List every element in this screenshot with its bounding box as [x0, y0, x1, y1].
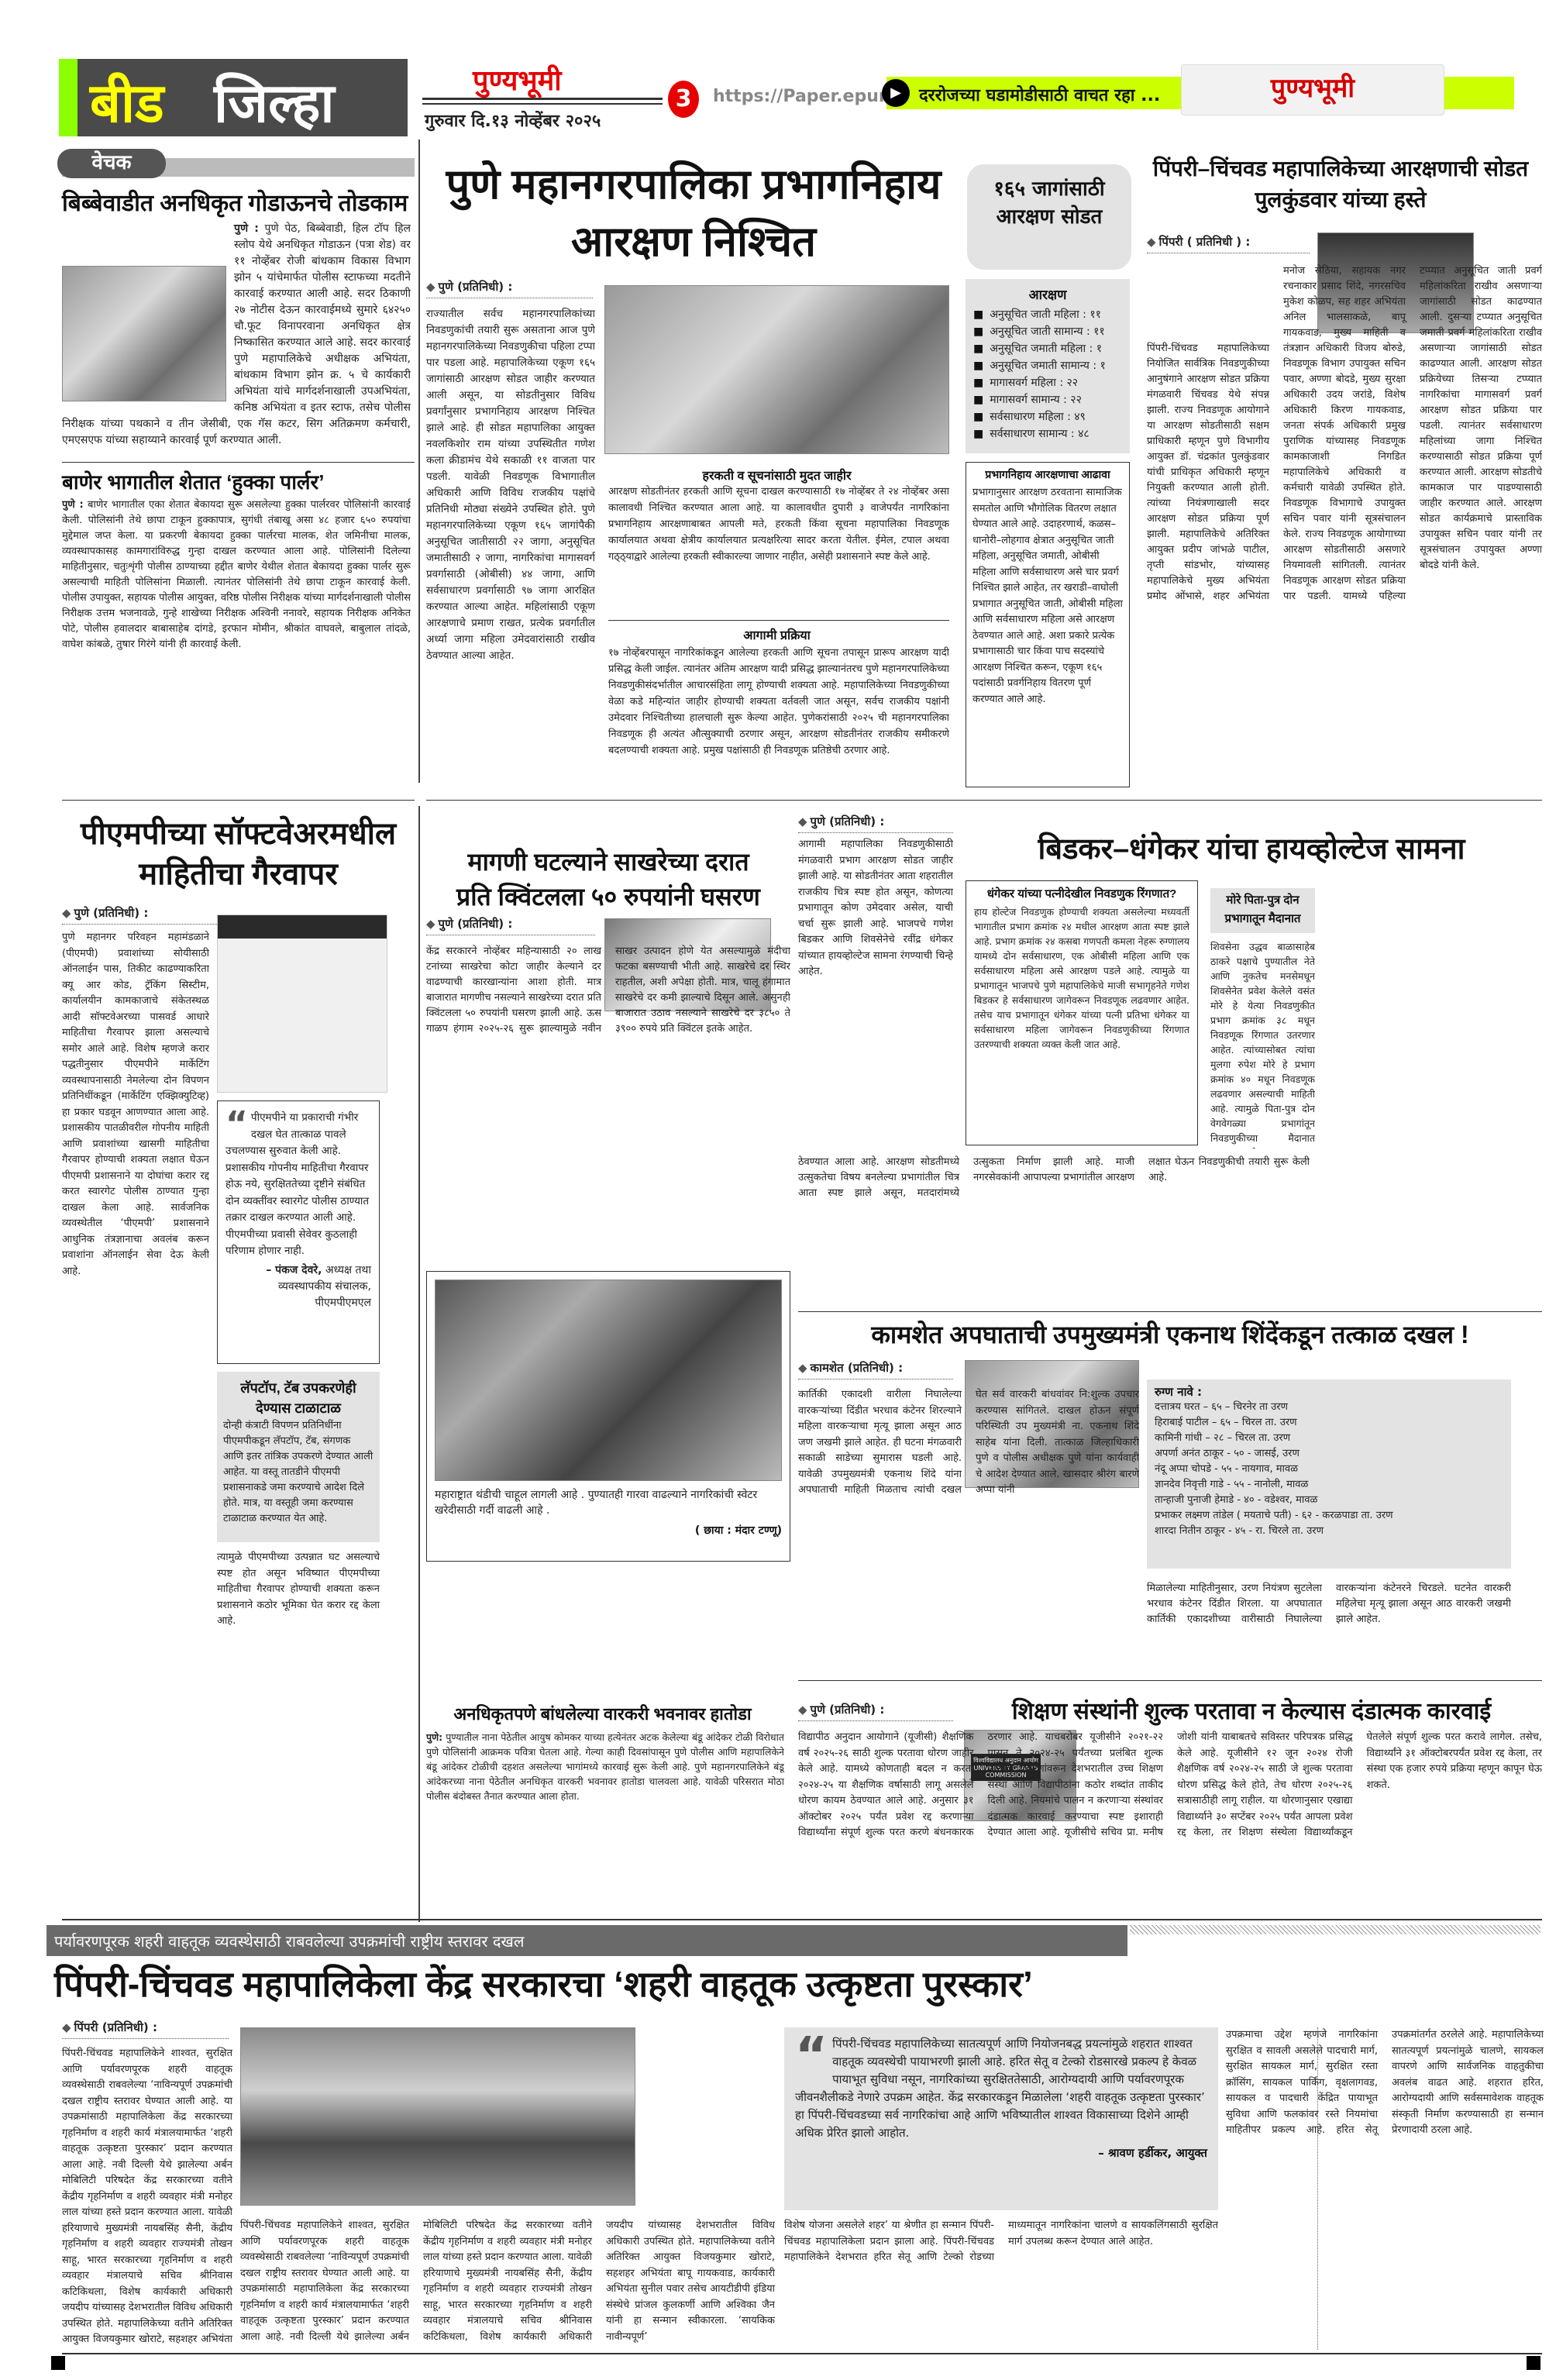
reservation-item: मागासवर्ग सामान्य : २२ [973, 391, 1122, 408]
diamond-icon: ◆ [62, 2020, 71, 2034]
award-kicker-bar: पर्यावरणपूरक शहरी वाहतूक व्यवस्थेसाठी रा… [46, 1925, 1127, 1956]
story-divider [62, 462, 415, 463]
kamshet-headline: कामशेत अपघाताची उपमुख्यमंत्री एकनाथ शिंद… [798, 1317, 1542, 1351]
award-ceremony-photo [240, 2027, 635, 2206]
patient-item: हिराबाई पाटील – ६५ – चिरल ता. उरण [1155, 1415, 1503, 1431]
reservation-item: अनुसूचित जाती सामान्य : ११ [973, 323, 1122, 340]
newspaper-logo-image: पुण्यभूमी [1181, 64, 1444, 115]
patient-item: अपर्णा अनंत ठाकूर - ५० - जासई, उरण [1155, 1446, 1503, 1462]
patients-title: रुग्ण नावे : [1155, 1384, 1503, 1400]
award-body-mid: विशेष योजना असलेले शहर’ या श्रेणीत हा सन… [784, 2218, 1218, 2348]
ugc-body: विद्यापीठ अनुदान आयोगाने (यूजीसी) शैक्षण… [798, 1730, 1542, 1902]
column-divider [418, 139, 420, 783]
reservation-item: अनुसूचित जाती महिला : ११ [973, 306, 1122, 323]
patient-item: दत्तात्रय घरत – ६५ – चिरनेर ता उरण [1155, 1400, 1503, 1415]
reservation-item: अनुसूचित जमाती महिला : १ [973, 340, 1122, 357]
pmp-body-continued: त्यामुळे पीएमपीच्या उत्पन्नात घट असल्याच… [217, 1550, 380, 1891]
reservation-item: सर्वसाधारण सामान्य : ४८ [973, 425, 1122, 443]
page-number: 3 [676, 85, 692, 112]
warkari-body: पुणे: पुण्यातील नाना पेठेतील आयुष कोमकर … [426, 1730, 784, 1904]
lead-sub2-body: १७ नोव्हेंबरपासून नागरिकांकडून आलेल्या ह… [608, 645, 949, 780]
section-title-beed: बीड [90, 64, 164, 138]
lead-sub1-title: हरकती व सूचनांसाठी मुदत जाहीर [604, 467, 949, 484]
diamond-icon: ◆ [426, 280, 435, 294]
demolition-photo [62, 266, 226, 401]
ward-review-body: प्रभागानुसार आरक्षण ठरवताना सामाजिक समतो… [972, 485, 1123, 708]
reservation-list: अनुसूचित जाती महिला : ११ अनुसूचित जाती स… [973, 306, 1122, 443]
more-side-title: मोरे पिता-पुत्र दोन प्रभागातून मैदानात [1210, 891, 1315, 928]
vechak-label-bar: वेचक [62, 158, 415, 177]
masthead-double-rule [422, 98, 663, 100]
kamshet-tail: मिळालेल्या माहितीनुसार, उरण नियंत्रण सुट… [1147, 1581, 1511, 1666]
quote-icon: “ [795, 2035, 828, 2077]
vechak-story1-place: पुणे : [234, 222, 259, 235]
pcmc-headline: पिंपरी–चिंचवड महापालिकेच्या आरक्षणाची सो… [1139, 153, 1542, 215]
award-body-bottom: पिंपरी-चिंचवड महापालिकेने शाश्वत, सुरक्ष… [240, 2218, 775, 2348]
banner-logo-text: पुण्यभूमी [1271, 73, 1355, 104]
page-corner-mark [51, 2356, 65, 2370]
sweater-photo-box: महाराष्ट्रात थंडीची चाहूल लागली आहे . पु… [426, 1271, 790, 1562]
hatch-decoration [1130, 1925, 1541, 1934]
dhangekar-box: धंगेकर यांच्या पत्नीदेखील निवडणुक रिंगणा… [966, 880, 1198, 1145]
section-divider [62, 800, 415, 801]
play-icon: ▶ [882, 79, 910, 107]
section-title-block: बीड जिल्हा [59, 59, 408, 136]
reservation-title: आरक्षण [973, 285, 1122, 303]
diamond-icon: ◆ [1147, 235, 1156, 249]
award-quote-text: पिंपरी-चिंचवड महापालिकेच्या सातत्यपूर्ण … [795, 2037, 1205, 2140]
read-daily-banner[interactable]: ▶ दररोजच्या घडामोडीसाठी वाचत रहा ... पुण… [886, 77, 1514, 109]
banner-text: दररोजच्या घडामोडीसाठी वाचत रहा ... [919, 83, 1160, 106]
sub-divider [608, 620, 949, 621]
seats-callout-bubble: १६५ जागांसाठी आरक्षण सोडत [967, 164, 1131, 270]
bidkar-body: आगामी महापालिका निवडणुकीसाठी मंगळवारी प्… [798, 837, 953, 1147]
more-title-box: मोरे पिता-पुत्र दोन प्रभागातून मैदानात [1210, 888, 1315, 933]
award-body-left: पिंपरी-चिंचवड महापालिकेने शाश्वत, सुरक्ष… [62, 2046, 232, 2348]
dhangekar-box-body: हाय होल्टेज निवडणुक होण्याची शक्यता असले… [974, 904, 1189, 1052]
vechak-story2-body: पुणे : बाणेर भागातील एका शेतात बेकायदा स… [62, 498, 411, 784]
app-header-bar [218, 915, 387, 939]
award-kicker: पर्यावरणपूरक शहरी वाहतूक व्यवस्थेसाठी रा… [54, 1931, 524, 1951]
column-divider [418, 806, 420, 1922]
patients-box: रुग्ण नावे : दत्तात्रय घरत – ६५ – चिरनेर… [1147, 1379, 1511, 1569]
kamshet-byline: ◆कामशेत (प्रतिनिधी) : [798, 1360, 953, 1379]
pmp-body: पुणे महानगर परिवहन महामंडळाने (पीएमपी) प… [62, 930, 209, 1899]
reservation-item: अनुसूचित जमाती सामान्य : १ [973, 357, 1122, 374]
section-divider [798, 1311, 1542, 1312]
pmp-headline: पीएमपीच्या सॉफ्टवेअरमधील माहितीचा गैरवाप… [62, 814, 415, 894]
ugc-headline: शिक्षण संस्थांनी शुल्क परतावा न केल्यास … [957, 1694, 1546, 1726]
lead-body: राज्यातील सर्वच महानगरपालिकांच्या निवडणु… [426, 306, 595, 783]
reservation-item: मागासवर्ग महिला : २२ [973, 374, 1122, 391]
vechak-label: वेचक [57, 149, 166, 178]
diamond-icon: ◆ [798, 1703, 807, 1717]
reservation-item: सर्वसाधारण महिला : ४९ [973, 408, 1122, 425]
page-bottom-rule [62, 2353, 1542, 2354]
lead-sub1-body: आरक्षण सोडतीनंतर हरकती आणि सूचना दाखल कर… [608, 484, 949, 600]
bidkar-headline: बिडकर–धंगेकर यांचा हायव्होल्टेज सामना [961, 828, 1542, 868]
patient-item: नंदू अप्पा चोपडे - ५५ - नायगाव, मावळ [1155, 1462, 1503, 1477]
pcmc-byline: ◆पिंपरी ( प्रतिनिधी ) : [1147, 234, 1310, 253]
page-number-badge: 3 [668, 81, 699, 118]
ward-review-box: प्रभागनिहाय आरक्षणाचा आढावा प्रभागानुसार… [966, 462, 1130, 787]
masthead-double-rule-2 [422, 103, 663, 105]
diamond-icon: ◆ [62, 906, 71, 920]
kamshet-body: कार्तिकी एकादशी वारीला निघालेल्या वारकऱ्… [798, 1387, 1139, 1666]
lead-sub2-title: आगामी प्रक्रिया [604, 626, 949, 643]
lead-byline: ◆पुणे (प्रतिनिधी) : [426, 279, 593, 298]
pmp-byline: ◆पुणे (प्रतिनिधी) : [62, 905, 217, 925]
diamond-icon: ◆ [798, 1361, 807, 1375]
pmp-side-title: लॅपटॉप, टॅब उपकरणेही देण्यास टाळाटाळ [223, 1378, 374, 1418]
lead-headline-line2: आरक्षण निश्चित [426, 211, 961, 268]
accent-bar [59, 59, 77, 136]
patient-item: कामिनी गांधी – २८ – चिरल ता. उरण [1155, 1431, 1503, 1446]
award-headline: पिंपरी-चिंचवड महापालिकेला केंद्र सरकारचा… [54, 1959, 1139, 2007]
ugc-byline: ◆पुणे (प्रतिनिधी) : [798, 1702, 953, 1721]
quote-icon: “ [225, 1109, 248, 1140]
vechak-story1-body: पुणे : पुणे पेठ, बिब्बेवाडी, हिल टॉप हिल… [62, 221, 411, 457]
paper-name: पुण्यभूमी [473, 60, 562, 98]
award-quote-author: – श्रावण हर्डीकर, आयुक्त [795, 2145, 1207, 2161]
award-quote-box: “ पिंपरी-चिंचवड महापालिकेच्या सातत्यपूर्… [784, 2027, 1218, 2210]
lead-headline-line1: पुणे महानगरपालिका प्रभागनिहाय [426, 153, 961, 211]
patient-item: ज्ञानदेव निवृत्ती गाडे - ५५ - नानोली, मा… [1155, 1477, 1503, 1493]
award-byline: ◆पिंपरी (प्रतिनिधी) : [62, 2020, 229, 2039]
reservation-box: आरक्षण अनुसूचित जाती महिला : ११ अनुसूचित… [966, 279, 1130, 453]
sugar-headline-line1: मागणी घटल्याने साखरेच्या दरात [426, 845, 790, 878]
sugar-headline-line2: प्रति क्विंटलला ५० रुपयांनी घसरण [426, 880, 790, 913]
diamond-icon: ◆ [798, 815, 807, 828]
vechak-story2-headline: बाणेर भागातील शेतात ‘हुक्का पार्लर’ [62, 467, 411, 495]
pcmc-body: पिंपरी-चिंचवड महापालिकेच्या नियोजित सार्… [1147, 263, 1542, 790]
section-title-jilha: जिल्हा [214, 64, 335, 138]
pmp-quote-box: “ पीएमपीने या प्रकाराची गंभीर दखल घेत ता… [217, 1100, 380, 1364]
callout-text: १६५ जागांसाठी आरक्षण सोडत [967, 175, 1131, 231]
pmp-side-body: दोन्ही कंत्राटी विपणन प्रतिनिधींना पीएमप… [223, 1418, 374, 1527]
sweater-market-photo [435, 1280, 782, 1481]
section-divider [62, 1919, 1542, 1920]
dhangekar-box-title: धंगेकर यांच्या पत्नीदेखील निवडणुक रिंगणा… [974, 886, 1189, 901]
patient-item: तान्हाजी पुनाजी हेमाडे - ४० - वडेश्वर, म… [1155, 1493, 1503, 1508]
pmc-building-photo [604, 285, 949, 454]
pmp-side-box: लॅपटॉप, टॅब उपकरणेही देण्यास टाळाटाळ दोन… [217, 1372, 380, 1542]
patient-item: प्रभाकर लक्ष्मण तांडेल ( मयताचे पती) - ६… [1155, 1508, 1503, 1524]
diamond-icon: ◆ [426, 917, 435, 931]
sugar-byline: ◆पुणे (प्रतिनिधी) : [426, 916, 595, 935]
issue-date: गुरुवार दि.१३ नोव्हेंबर २०२५ [425, 108, 601, 132]
bidkar-byline: ◆पुणे (प्रतिनिधी) : [798, 814, 953, 833]
pmpml-app-screenshot [217, 914, 387, 1093]
spacer [1147, 263, 1269, 341]
sugar-body: केंद्र सरकारने नोव्हेंबर महिन्यासाठी २० … [426, 944, 790, 1269]
patient-item: शारदा नितीन ठाकूर - ४५ - रा. चिरले ता. उ… [1155, 1524, 1503, 1539]
award-body-right: उपक्रमाचा उद्देश म्हणजे नागरिकांना सुरक्… [1226, 2027, 1544, 2350]
warkari-headline: अनधिकृतपणे बांधलेल्या वारकरी भवनावर हातो… [422, 1702, 783, 1725]
sweater-photo-credit: ( छाया : मंदार टण्णू) [435, 1523, 782, 1538]
section-divider [426, 800, 1542, 801]
bidkar-body-continued: ठेवण्यात आला आहे. आरक्षण सोडतीमध्ये उत्स… [798, 1155, 1310, 1302]
ward-review-title: प्रभागनिहाय आरक्षणाचा आढावा [972, 467, 1123, 482]
section-divider [798, 1680, 1542, 1681]
vechak-story1-headline: बिब्बेवाडीत अनधिकृत गोडाऊनचे तोडकाम [62, 186, 411, 218]
pmp-quote-author: – पंकज देवरे, [266, 1264, 322, 1276]
more-side-body: शिवसेना उद्धव बाळासाहेब ठाकरे पक्षाचे पु… [1210, 939, 1315, 1149]
page-corner-mark [1527, 2356, 1541, 2370]
sweater-photo-caption: महाराष्ट्रात थंडीची चाहूल लागली आहे . पु… [435, 1487, 782, 1518]
